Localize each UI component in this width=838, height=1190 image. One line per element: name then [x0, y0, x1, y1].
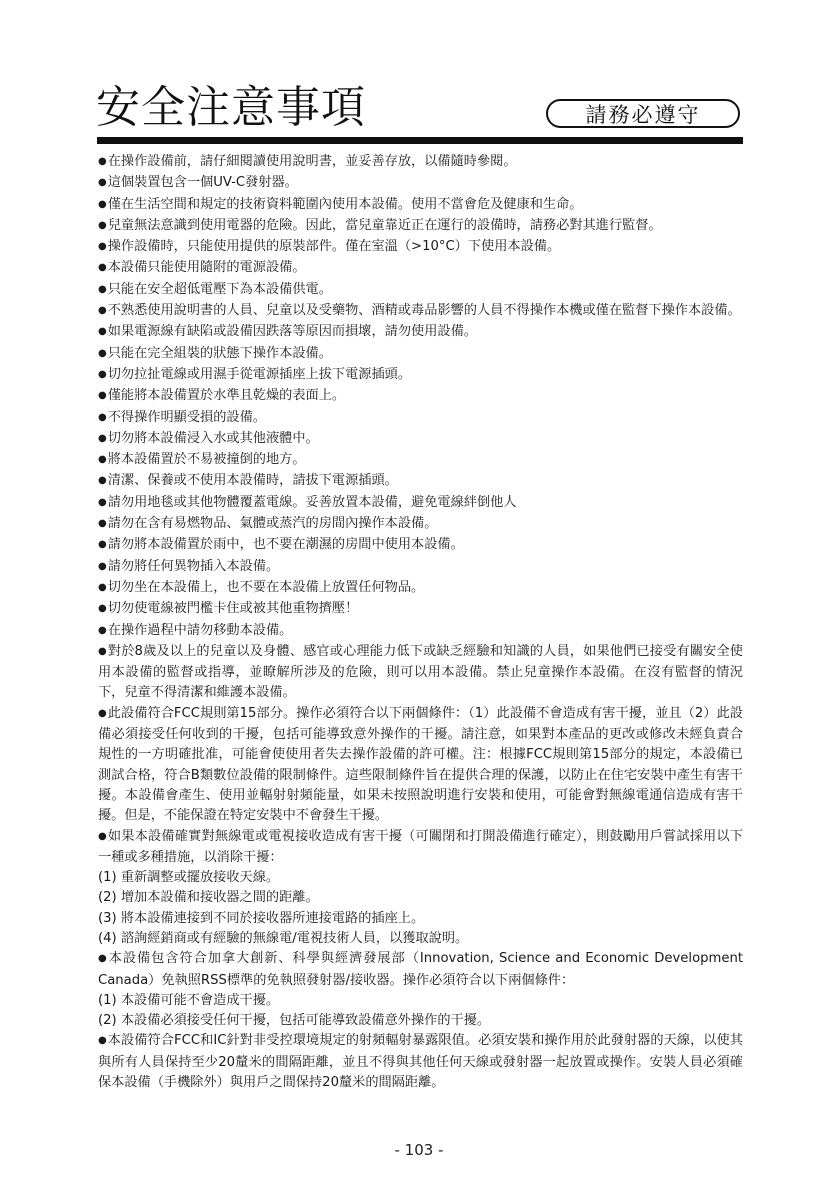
- ised-condition: (1) 本設備可能不會造成干擾。: [98, 991, 743, 1011]
- list-item: 不得操作明顯受損的設備。: [98, 408, 743, 429]
- page-number: - 103 -: [0, 1141, 838, 1159]
- rf-exposure-item: 本設備符合FCC和IC針對非受控環境規定的射頻輻射暴露限值。必須安裝和操作用於此…: [98, 1031, 743, 1093]
- must-follow-badge: 請務必遵守: [546, 99, 740, 128]
- list-item: 清潔、保養或不使用本設備時，請拔下電源插頭。: [98, 471, 743, 492]
- safety-instructions-list: 在操作設備前，請仔細閱讀使用說明書，並妥善存放，以備隨時參閱。 這個裝置包含一個…: [98, 152, 743, 1093]
- list-item: 將本設備置於不易被撞倒的地方。: [98, 450, 743, 471]
- ised-condition: (2) 本設備必須接受任何干擾，包括可能導致設備意外操作的干擾。: [98, 1011, 743, 1031]
- list-item: 對於8歲及以上的兒童以及身體、感官或心理能力低下或缺乏經驗和知識的人員，如果他們…: [98, 642, 743, 704]
- list-item: 請勿將任何異物插入本設備。: [98, 557, 743, 578]
- list-item: 兒童無法意識到使用電器的危險。因此，當兒童靠近正在運行的設備時，請務必對其進行監…: [98, 216, 743, 237]
- list-item: 不熟悉使用說明書的人員、兒童以及受藥物、酒精或毒品影響的人員不得操作本機或僅在監…: [98, 301, 743, 322]
- page-title: 安全注意事項: [96, 82, 366, 134]
- list-item: 切勿坐在本設備上，也不要在本設備上放置任何物品。: [98, 578, 743, 599]
- list-item: 只能在完全組裝的狀態下操作本設備。: [98, 344, 743, 365]
- list-item: 請勿用地毯或其他物體覆蓋電線。妥善放置本設備，避免電線絆倒他人: [98, 493, 743, 514]
- list-item: 請勿在含有易燃物品、氣體或蒸汽的房間內操作本設備。: [98, 514, 743, 535]
- header-divider: [97, 137, 743, 144]
- interference-measure: (2) 增加本設備和接收器之間的距離。: [98, 888, 743, 908]
- interference-item: 如果本設備確實對無線電或電視接收造成有害干擾（可關閉和打開設備進行確定），則鼓勵…: [98, 827, 743, 869]
- list-item: 這個裝置包含一個UV-C發射器。: [98, 173, 743, 194]
- list-item: 請勿將本設備置於雨中，也不要在潮濕的房間中使用本設備。: [98, 535, 743, 556]
- list-item: 在操作過程中請勿移動本設備。: [98, 621, 743, 642]
- list-item: 如果電源線有缺陷或設備因跌落等原因而損壞，請勿使用設備。: [98, 322, 743, 343]
- list-item: 操作設備時，只能使用提供的原裝部件。僅在室溫（>10°C）下使用本設備。: [98, 237, 743, 258]
- list-item: 在操作設備前，請仔細閱讀使用說明書，並妥善存放，以備隨時參閱。: [98, 152, 743, 173]
- list-item: 僅能將本設備置於水準且乾燥的表面上。: [98, 386, 743, 407]
- list-item: 切勿使電線被門檻卡住或被其他重物擠壓！: [98, 599, 743, 620]
- list-item: 只能在安全超低電壓下為本設備供電。: [98, 280, 743, 301]
- list-item: 本設備只能使用隨附的電源設備。: [98, 258, 743, 279]
- list-item: 僅在生活空間和規定的技術資料範圍內使用本設備。使用不當會危及健康和生命。: [98, 195, 743, 216]
- list-item: 切勿拉扯電線或用濕手從電源插座上拔下電源插頭。: [98, 365, 743, 386]
- interference-measure: (4) 諮詢經銷商或有經驗的無線電/電視技術人員，以獲取說明。: [98, 929, 743, 949]
- fcc-compliance-item: 此設備符合FCC規則第15部分。操作必須符合以下兩個條件：（1）此設備不會造成有…: [98, 704, 743, 827]
- interference-measure: (1) 重新調整或擺放接收天線。: [98, 868, 743, 888]
- ised-compliance-item: 本設備包含符合加拿大創新、科學與經濟發展部（Innovation, Scienc…: [98, 949, 743, 991]
- list-item: 切勿將本設備浸入水或其他液體中。: [98, 429, 743, 450]
- interference-measure: (3) 將本設備連接到不同於接收器所連接電路的插座上。: [98, 909, 743, 929]
